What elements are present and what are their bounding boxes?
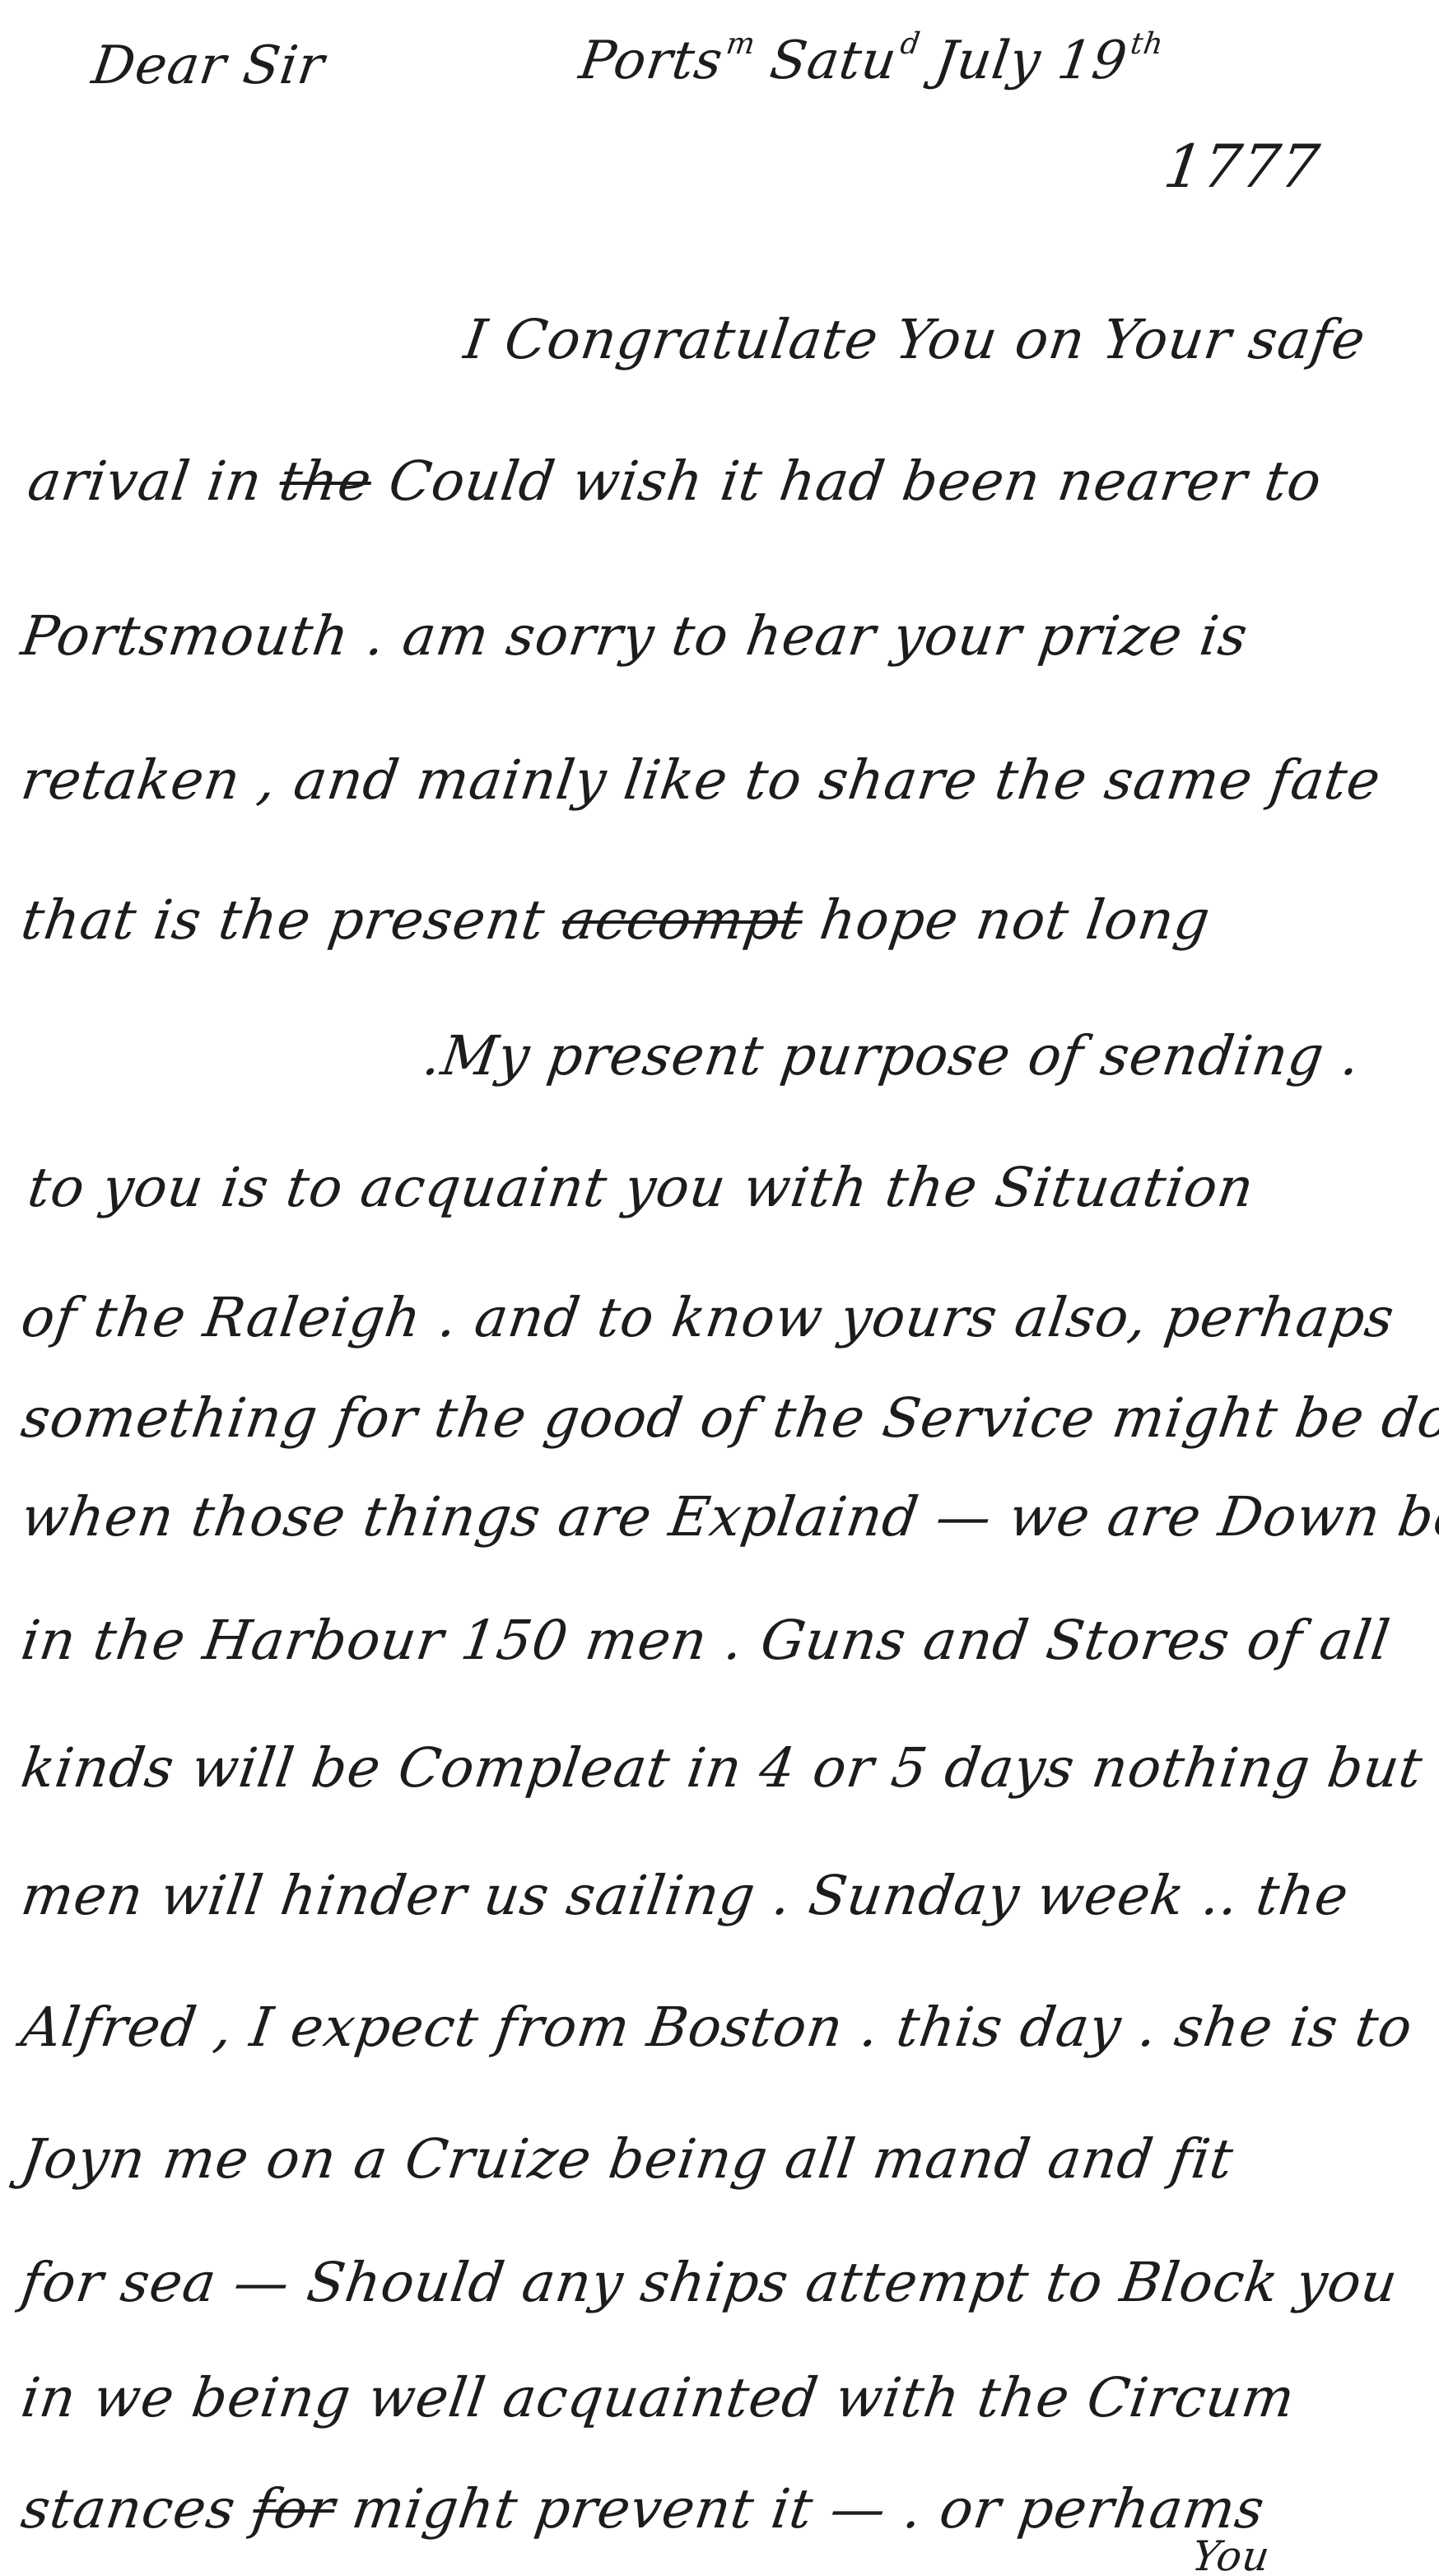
line-text: something for the good of the Service mi… bbox=[17, 1386, 1439, 1450]
line-text: that is the present bbox=[17, 888, 567, 952]
line-text: might prevent it — . or perhams bbox=[330, 2477, 1269, 2541]
line-text: I Congratulate You on Your safe bbox=[460, 308, 1369, 371]
letter-line: to you is to acquaint you with the Situa… bbox=[25, 1161, 1258, 1215]
dateline-place: Ports bbox=[575, 30, 727, 91]
line-text: in the Harbour 150 men . Guns and Stores… bbox=[17, 1609, 1394, 1672]
dateline: Portsm Satud July 19th bbox=[576, 30, 1166, 87]
letter-line: stances for might prevent it — . or perh… bbox=[18, 2482, 1268, 2536]
struck-word: accompt bbox=[558, 888, 807, 952]
line-text: stances bbox=[17, 2477, 258, 2541]
line-text: when those things are Explaind — we are … bbox=[17, 1485, 1439, 1549]
line-text: retaken , and mainly like to share the s… bbox=[17, 748, 1385, 812]
line-text: kinds will be Compleat in 4 or 5 days no… bbox=[17, 1736, 1427, 1800]
letter-line: arival in the Could wish it had been nea… bbox=[25, 454, 1325, 509]
letter-line: retaken , and mainly like to share the s… bbox=[18, 753, 1384, 808]
letter-line: Alfred , I expect from Boston . this day… bbox=[18, 2001, 1416, 2055]
struck-word: the bbox=[276, 450, 376, 513]
letter-line: something for the good of the Service mi… bbox=[18, 1391, 1439, 1446]
letter-line: Joyn me on a Cruize being all mand and f… bbox=[18, 2132, 1236, 2187]
line-text: Joyn me on a Cruize being all mand and f… bbox=[17, 2127, 1237, 2191]
letter-line: I Congratulate You on Your safe bbox=[461, 313, 1369, 367]
letter-line: men will hinder us sailing . Sunday week… bbox=[18, 1869, 1352, 1923]
line-text: of the Raleigh . and to know yours also,… bbox=[17, 1286, 1398, 1349]
line-text: Alfred , I expect from Boston . this day… bbox=[17, 1996, 1416, 2059]
line-text: Could wish it had been nearer to bbox=[367, 450, 1326, 513]
letter-line: in the Harbour 150 men . Guns and Stores… bbox=[18, 1614, 1394, 1668]
dateline-place-sup: m bbox=[724, 27, 758, 61]
dateline-day-sup: d bbox=[898, 27, 923, 61]
line-text: .My present purpose of sending . bbox=[419, 1024, 1364, 1088]
dateline-year: 1777 bbox=[1161, 137, 1323, 196]
line-text: in we being well acquainted with the Cir… bbox=[17, 2366, 1299, 2429]
line-text: arival in bbox=[24, 450, 284, 513]
salutation: Dear Sir bbox=[89, 40, 328, 92]
line-text: men will hinder us sailing . Sunday week… bbox=[17, 1864, 1353, 1927]
letter-line: of the Raleigh . and to know yours also,… bbox=[18, 1291, 1398, 1345]
letter-line: that is the present accompt hope not lon… bbox=[18, 893, 1213, 948]
letter-line: Portsmouth . am sorry to hear your prize… bbox=[18, 609, 1251, 664]
letter-page: Dear Sir Portsm Satud July 19th 1777 I C… bbox=[0, 0, 1439, 2576]
struck-word: for bbox=[249, 2477, 339, 2541]
letter-line: for sea — Should any ships attempt to Bl… bbox=[18, 2256, 1401, 2310]
letter-line: .My present purpose of sending . bbox=[420, 1029, 1364, 1083]
line-text: Portsmouth . am sorry to hear your prize… bbox=[17, 604, 1251, 668]
line-text: hope not long bbox=[798, 888, 1214, 952]
dateline-day-suffix: th bbox=[1129, 27, 1166, 61]
dateline-month-day: July 19 bbox=[931, 30, 1131, 91]
dateline-day: Satu bbox=[766, 30, 901, 91]
line-text: to you is to acquaint you with the Situa… bbox=[24, 1156, 1258, 1219]
line-text: for sea — Should any ships attempt to Bl… bbox=[17, 2251, 1402, 2314]
interlinear-note: You bbox=[1190, 2536, 1273, 2576]
letter-line: when those things are Explaind — we are … bbox=[18, 1490, 1439, 1544]
letter-line: kinds will be Compleat in 4 or 5 days no… bbox=[18, 1741, 1426, 1796]
letter-line: in we being well acquainted with the Cir… bbox=[18, 2371, 1298, 2425]
